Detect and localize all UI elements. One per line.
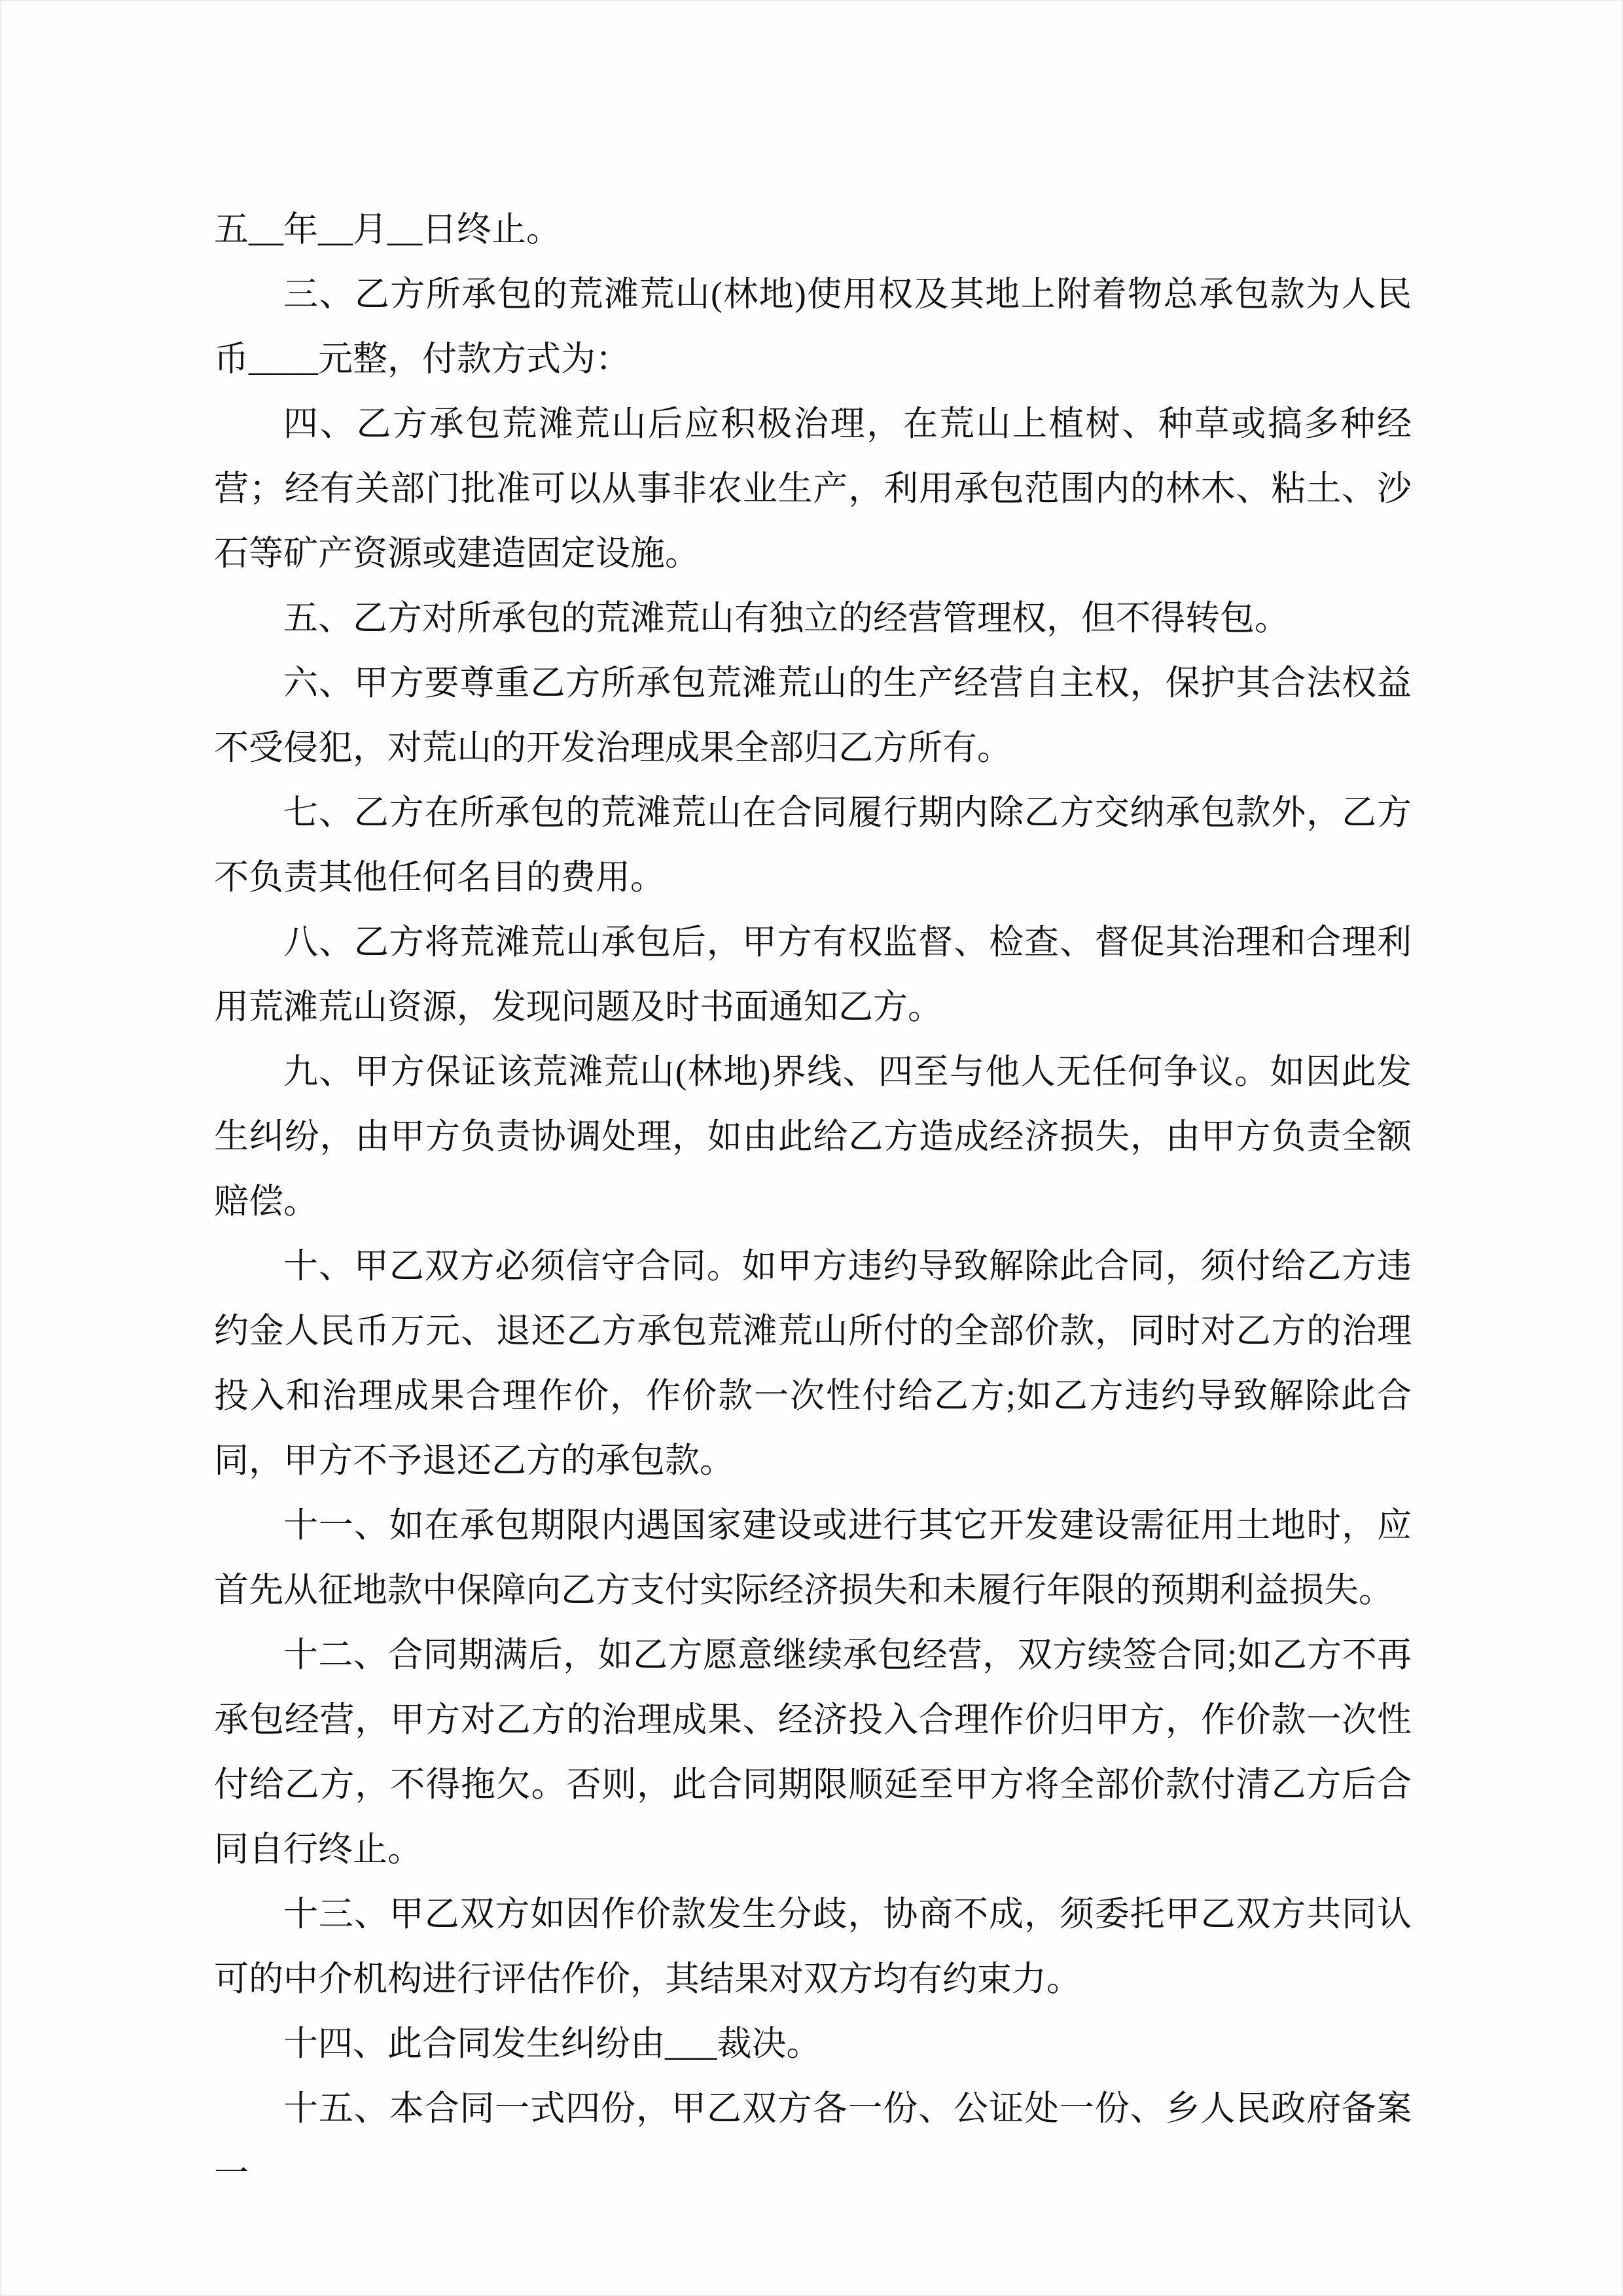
contract-page: 五__年__月__日终止。 三、乙方所承包的荒滩荒山(林地)使用权及其地上附着物… (0, 0, 1623, 2296)
document-body: 五__年__月__日终止。 三、乙方所承包的荒滩荒山(林地)使用权及其地上附着物… (214, 198, 1412, 2206)
paragraph-clause-11: 十一、如在承包期限内遇国家建设或进行其它开发建设需征用土地时，应首先从征地款中保… (214, 1494, 1412, 1623)
paragraph-clause-8: 八、乙方将荒滩荒山承包后，甲方有权监督、检查、督促其治理和合理利用荒滩荒山资源，… (214, 910, 1412, 1040)
paragraph-clause-15: 十五、本合同一式四份，甲乙双方各一份、公证处一份、乡人民政府备案一 (214, 2077, 1412, 2206)
paragraph-clause-7: 七、乙方在所承包的荒滩荒山在合同履行期内除乙方交纳承包款外，乙方不负责其他任何名… (214, 781, 1412, 910)
paragraph-termination-date-line: 五__年__月__日终止。 (214, 198, 1412, 262)
paragraph-clause-12: 十二、合同期满后，如乙方愿意继续承包经营，双方续签合同;如乙方不再承包经营，甲方… (214, 1623, 1412, 1882)
paragraph-clause-6: 六、甲方要尊重乙方所承包荒滩荒山的生产经营自主权，保护其合法权益不受侵犯，对荒山… (214, 651, 1412, 781)
paragraph-clause-4: 四、乙方承包荒滩荒山后应积极治理，在荒山上植树、种草或搞多种经营；经有关部门批准… (214, 392, 1412, 586)
paragraph-clause-14: 十四、此合同发生纠纷由___裁决。 (214, 2012, 1412, 2077)
paragraph-clause-5: 五、乙方对所承包的荒滩荒山有独立的经营管理权，但不得转包。 (214, 586, 1412, 651)
paragraph-clause-13: 十三、甲乙双方如因作价款发生分歧，协商不成，须委托甲乙双方共同认可的中介机构进行… (214, 1882, 1412, 2012)
paragraph-clause-9: 九、甲方保证该荒滩荒山(林地)界线、四至与他人无任何争议。如因此发生纠纷，由甲方… (214, 1040, 1412, 1234)
paragraph-clause-10: 十、甲乙双方必须信守合同。如甲方违约导致解除此合同，须付给乙方违约金人民币万元、… (214, 1234, 1412, 1494)
paragraph-clause-3: 三、乙方所承包的荒滩荒山(林地)使用权及其地上附着物总承包款为人民币____元整… (214, 262, 1412, 392)
